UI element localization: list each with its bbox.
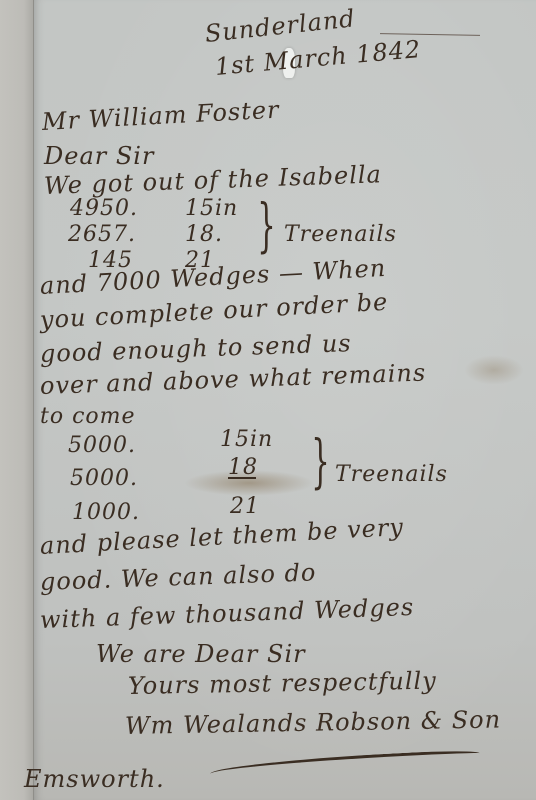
order-size-3: 21	[230, 494, 260, 519]
valediction-2: Yours most respectfully	[128, 667, 437, 700]
order-qty-2: 5000.	[70, 466, 138, 491]
received-size-2: 18.	[185, 222, 223, 247]
valediction-1: We are Dear Sir	[96, 640, 306, 668]
edge-stain	[464, 355, 524, 385]
order-qty-1: 5000.	[68, 433, 136, 458]
body-line-5: to come	[40, 404, 136, 429]
order-size-1: 15in	[220, 427, 273, 452]
backing-board	[0, 0, 34, 800]
order-brace: }	[311, 432, 329, 490]
order-qty-3: 1000.	[72, 500, 140, 525]
received-brace: }	[257, 196, 275, 254]
order-bracket-label: Treenails	[335, 462, 448, 487]
received-qty-2: 2657.	[68, 222, 136, 247]
size-underline	[228, 477, 256, 479]
footer-place: Emsworth.	[24, 765, 165, 793]
letter-salutation: Dear Sir	[44, 142, 154, 170]
received-bracket-label: Treenails	[284, 222, 397, 247]
received-size-1: 15in	[185, 196, 238, 221]
received-qty-1: 4950.	[70, 196, 138, 221]
